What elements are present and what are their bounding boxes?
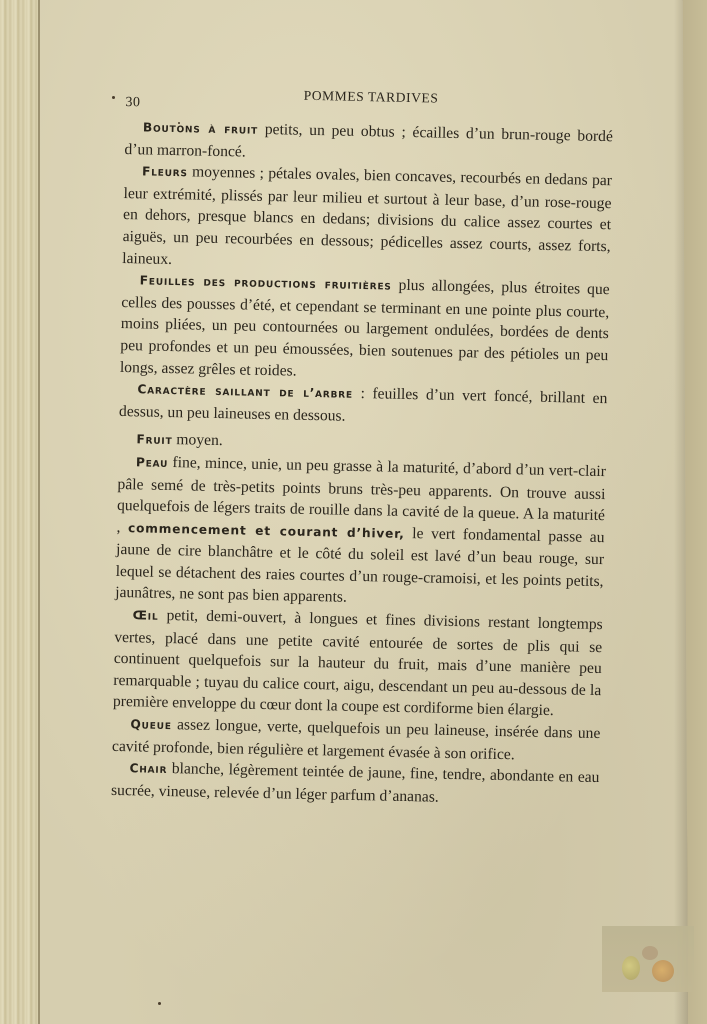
dust-speck (112, 96, 115, 99)
paragraph-label: Fleurs (142, 165, 188, 180)
paragraph-label: Chair (129, 761, 167, 776)
apple-shape (622, 956, 640, 980)
paragraph-peau: Peau fine, mince, unie, un peu grasse à … (115, 451, 606, 614)
paragraph-feuilles: Feuilles des productions fruitières plus… (120, 269, 610, 388)
paragraph-label: Œil (133, 608, 159, 623)
season-emphasis: commencement et courant d’hiver, (128, 521, 405, 541)
fruit-thumbnail-icon (602, 926, 694, 992)
paragraph-caractere: Caractère saillant de l’arbre : feuilles… (119, 378, 608, 432)
paragraph-text: assez longue, verte, quelquefois un peu … (112, 716, 601, 763)
paragraph-label: Fruit (136, 433, 172, 448)
paragraph-label: Queue (130, 717, 172, 732)
paragraph-text: moyennes ; pétales ovales, bien concaves… (122, 164, 612, 268)
running-head-title: POMMES TARDIVES (303, 85, 438, 109)
paragraph-label: Caractère saillant de l’arbre (137, 382, 353, 401)
page-number: 30 (125, 92, 140, 114)
book-photo: 30 POMMES TARDIVES Boutons à fruit petit… (0, 0, 707, 1024)
apple-shape (652, 960, 674, 982)
paragraph-oeil: Œil petit, demi-ouvert, à longues et fin… (113, 604, 603, 723)
paragraph-label: Feuilles des productions fruitières (140, 273, 392, 292)
paragraph-text: moyen. (172, 431, 223, 449)
paragraph-text: blanche, légèrement teintée de jaune, fi… (111, 760, 600, 805)
paragraph-fleurs: Fleurs moyennes ; pétales ovales, bien c… (122, 160, 612, 279)
stacked-page-edges (0, 0, 40, 1024)
leaf-shape (642, 946, 658, 960)
dust-speck (158, 1002, 161, 1005)
paragraph-text: petit, demi-ouvert, à longues et fines d… (113, 607, 603, 720)
paragraph-label: Peau (136, 455, 169, 470)
paragraph-label: Boutons à fruit (143, 120, 258, 136)
page-text: 30 POMMES TARDIVES Boutons à fruit petit… (111, 78, 614, 811)
